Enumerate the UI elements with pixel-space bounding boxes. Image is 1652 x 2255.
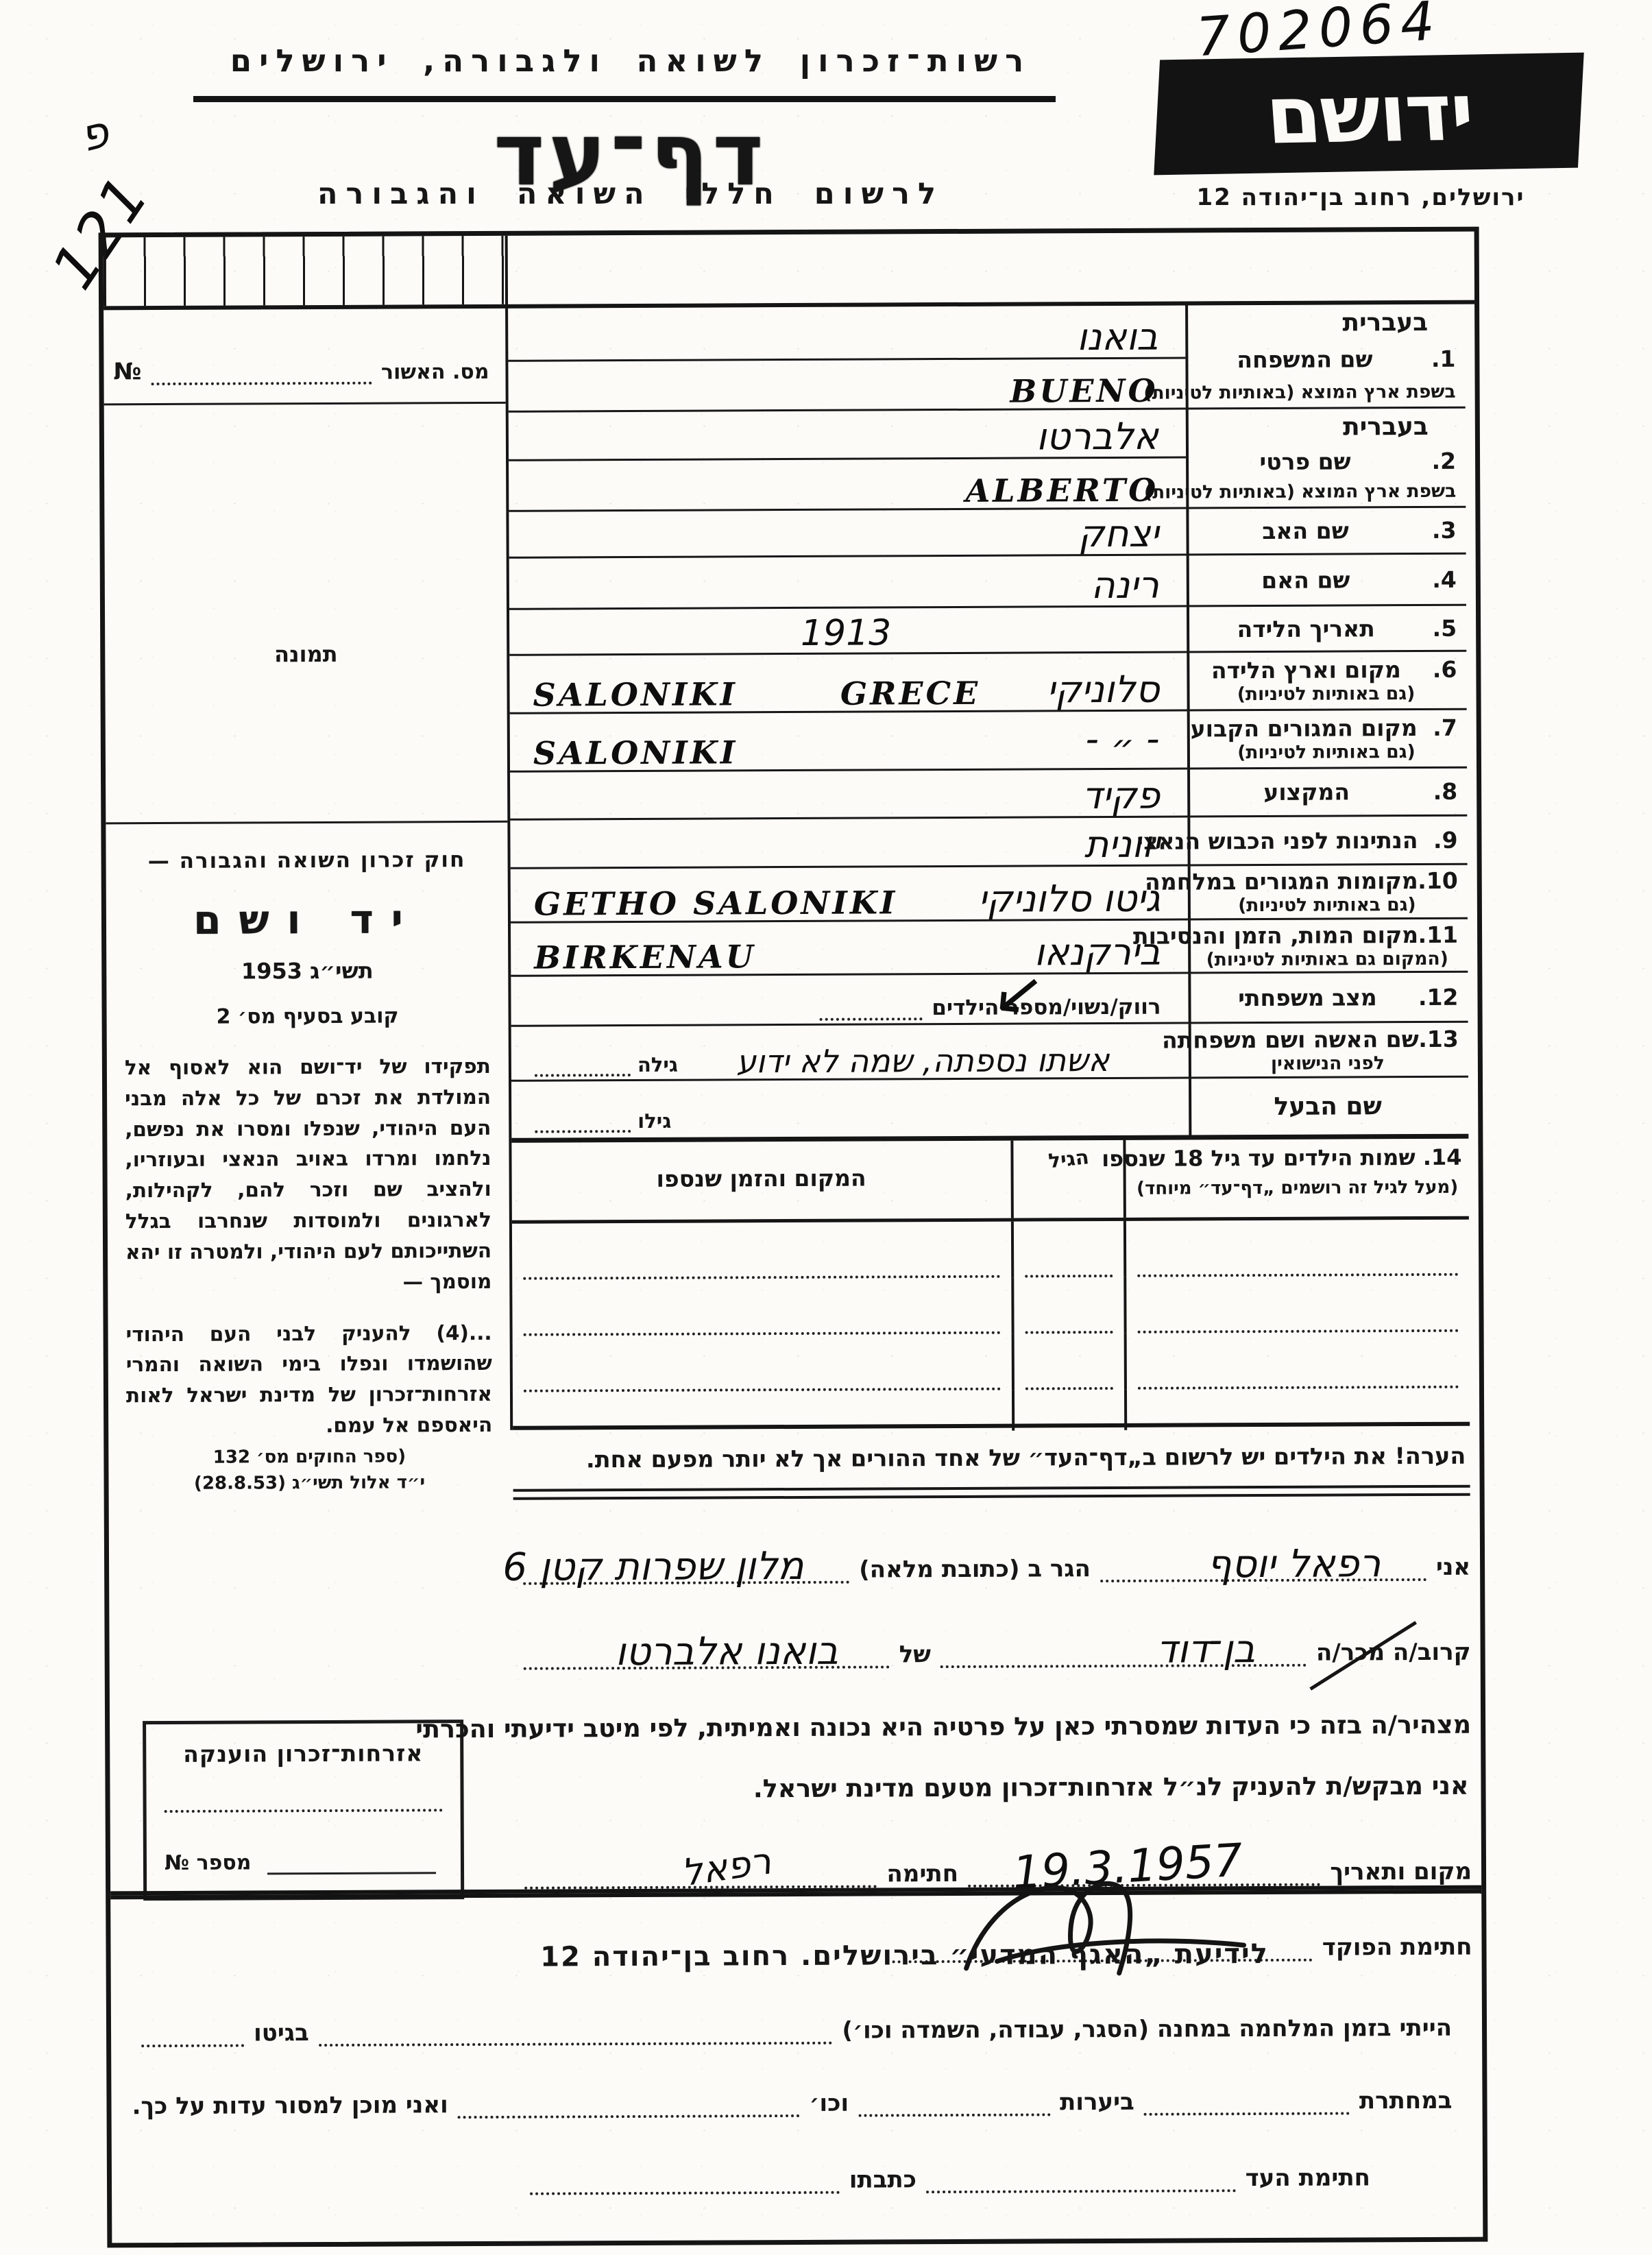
children-note: הערה! את הילדים יש לרשום ב„דף־העד״ של אח… — [513, 1426, 1470, 1489]
children-table-row — [513, 1332, 1470, 1392]
names-cell — [1126, 1276, 1469, 1334]
law-reference-1: (ספר החוקים מס׳ 132 — [126, 1446, 492, 1468]
value-row: בירקנאו BIRKENAU — [511, 920, 1188, 974]
handwritten-ditto-mark: ־ ״ ־ — [1086, 732, 1160, 765]
handwritten-birth-year: 1913 — [533, 616, 1159, 651]
declarant-row: אני רפאל יוסף הגר ב (כתובת מלאה) מלון שפ… — [513, 1547, 1470, 1585]
field-sublabel: (גם באותיות לטיניות) — [1195, 741, 1457, 764]
number-label: מספר — [196, 1850, 251, 1874]
header-cell-names: 14. שמות הילדים עד גיל 18 שנספו (מעל לגי… — [1126, 1139, 1468, 1218]
age-cell — [1011, 1277, 1126, 1334]
place-cell — [512, 1278, 1011, 1336]
children-table: 14. שמות הילדים עד גיל 18 שנספו (מעל לגי… — [511, 1134, 1470, 1430]
field-label-7: 7.מקום המגורים הקבוע (גם באותיות לטיניות… — [1187, 710, 1467, 768]
field-label-12: 12.מצב משפחתי — [1188, 973, 1468, 1022]
declaration-section: הערה! את הילדים יש לרשום ב„דף־העד״ של אח… — [513, 1426, 1472, 1965]
handwritten-wife-note: אשתו נספתה, שמה לא ידוע — [685, 1046, 1161, 1076]
his-age-blank — [535, 1130, 631, 1133]
address-line: מלון שפרות קטן 6 — [523, 1549, 849, 1585]
blank-line — [1025, 1387, 1113, 1390]
field-number: 10. — [1418, 867, 1458, 894]
field-label-2: בעברית 2.שם פרטי בשפת ארץ המוצא (באותיות… — [1186, 409, 1466, 507]
place-date-label: מקום ותאריך — [1330, 1858, 1472, 1886]
witness-signature-blank — [926, 2189, 1236, 2193]
handwritten-birth-place-hebrew: סלוניקי — [1047, 673, 1160, 707]
form-subtitle: לרשום חללי השואה והגבורה — [202, 177, 1059, 211]
field-label-6: 6.מקום וארץ הלידה (גם באותיות לטיניות) — [1187, 652, 1466, 710]
value-row: 1913 — [509, 607, 1187, 653]
approval-label: מס. האשור — [381, 360, 489, 385]
authority-title: רשות־זכרון לשואה ולגבורה, ירושלים — [202, 43, 1059, 79]
acquaintance-word-struck: מכר/ה — [1316, 1639, 1385, 1666]
citizenship-request: אני מבקש/ת להעניק לנ״ל אזרחות־זכרון מטעם… — [514, 1771, 1471, 1805]
place-cell — [512, 1222, 1011, 1280]
hebrew-tag: בעברית — [1194, 413, 1456, 442]
field-row-birth-place: 6.מקום וארץ הלידה (גם באותיות לטיניות) ס… — [509, 652, 1466, 714]
field-label-text: שם הבעל — [1197, 1092, 1459, 1121]
law-clause: ...(4) להעניק לבני העם היהודי שהושמדו ונ… — [126, 1318, 493, 1443]
underground-label: במחתרת — [1359, 2087, 1453, 2115]
i-label: אני — [1436, 1554, 1470, 1581]
field-label-11: 11.מקום המות, הזמן והנסיבות (המקום גם בא… — [1188, 919, 1468, 972]
value-row-hebrew: אלברטו — [509, 409, 1186, 461]
field-number: 11. — [1418, 921, 1458, 948]
field-sublabel: לפני הנישואין — [1197, 1052, 1459, 1074]
value-row: ־ ״ ־ SALONIKI — [510, 711, 1187, 770]
resident-label: הגר ב (כתובת מלאה) — [859, 1555, 1091, 1583]
field-label-text: מקום וארץ הלידה — [1195, 656, 1417, 684]
field-row-wife-name: 13.שם האשה ושם משפחתה לפני הנישואין אשתו… — [511, 1023, 1468, 1082]
field-number: 8. — [1418, 778, 1457, 805]
field-number: 6. — [1417, 656, 1457, 683]
field-row-profession: 8.המקצוע פקיד — [510, 769, 1467, 821]
law-sidebar: חוק זכרון השואה והגבורה — יד ושם תשי״ג 1… — [106, 823, 510, 1494]
handwritten-mother-name: רינה — [1091, 569, 1159, 603]
handwritten-family-name-latin: BUENO — [1010, 376, 1158, 405]
yad-vashem-address: ירושלים, רחוב בן־יהודה 12 — [1138, 184, 1583, 211]
field-row-husband-name: שם הבעל גילו — [511, 1078, 1468, 1138]
approval-blank-line — [151, 382, 372, 385]
value-row: גיטו סלוניקי GETHO SALONIKI — [511, 866, 1188, 921]
children-names-header-sub: (מעל לגיל זה רושמים „דף־עד״ מיוחד) — [1133, 1177, 1462, 1199]
testify-label: ואני מוכן למסור עדות על כך. — [132, 2091, 448, 2120]
ghetto-label: בגיטו — [254, 2019, 309, 2047]
forests-label: ביערות — [1060, 2088, 1134, 2116]
handwritten-declarant-name: רפאל יוסף — [1207, 1547, 1381, 1582]
field-number: 4. — [1417, 566, 1457, 592]
forests-blank — [858, 2113, 1050, 2117]
field-number: 12. — [1418, 983, 1458, 1010]
citizenship-number-line — [267, 1872, 436, 1874]
corner-mark-letter: פ — [77, 112, 113, 158]
handwritten-first-name-hebrew: אלברטו — [1036, 420, 1158, 454]
scanned-testimony-page: פ 121 702064 רשות־זכרון לשואה ולגבורה, י… — [0, 0, 1652, 2255]
age-cell — [1012, 1390, 1127, 1431]
field-label-3: 3.שם האב — [1186, 508, 1466, 554]
yad-vashem-logo-text: ידושם — [1263, 66, 1476, 162]
field-label-10: 10.מקומות המגורים במלחמה (גם באותיות לטי… — [1188, 865, 1468, 919]
age-cell — [1012, 1334, 1127, 1390]
children-count-blank — [819, 1017, 922, 1021]
field-row-first-name: בעברית 2.שם פרטי בשפת ארץ המוצא (באותיות… — [509, 409, 1466, 512]
field-number: 3. — [1416, 517, 1456, 544]
value-row: פקיד — [510, 769, 1187, 818]
value-row: רווק/נשוי/מספר הילדים ↙ — [511, 974, 1188, 1024]
top-band — [104, 232, 1474, 311]
field-label-1: בעברית 1.שם המשפחה בשפת ארץ המוצא (באותי… — [1185, 304, 1466, 408]
memorial-citizenship-box: אזרחות־זכרון הוענקה מספר № — [143, 1720, 464, 1901]
etc-label: וכו׳ — [809, 2090, 849, 2117]
field-sublabel: (גם באותיות לטיניות) — [1195, 683, 1457, 706]
underground-line: במחתרת ביערות וכו׳ ואני מוכן למסור עדות … — [132, 2087, 1452, 2120]
age-cell — [1011, 1221, 1126, 1278]
field-row-place-of-death: 11.מקום המות, הזמן והנסיבות (המקום גם בא… — [511, 919, 1468, 977]
field-sublabel: (המקום גם באותיות לטיניות) — [1196, 948, 1458, 970]
field-row-father-name: 3.שם האב יצחק — [509, 508, 1466, 559]
signature-line: רפאל — [524, 1853, 877, 1889]
citizenship-number-label: מספר № — [165, 1850, 252, 1875]
field-label-text: מקום המגורים הקבוע — [1191, 714, 1418, 742]
field-number: 5. — [1417, 614, 1457, 641]
handwritten-residence-latin: SALONIKI — [533, 738, 738, 768]
relation-row: קרוב/ה מכר/ה בן־דוד של בואנו אלברטו — [514, 1632, 1471, 1670]
field-sublabel: בשפת ארץ המוצא (באותיות לטיניות) — [1194, 381, 1456, 404]
field-values-2: אלברטו ALBERTO — [509, 409, 1187, 509]
field-label-4: 4.שם האם — [1187, 555, 1466, 605]
value-row: רינה — [509, 555, 1187, 607]
scientific-division-title: לידיעת „האגף המדעי״ בירושלים. רחוב בן־יה… — [357, 1938, 1451, 1974]
handwritten-wartime-place-latin: GETHO SALONIKI — [534, 889, 898, 919]
relation-line: בן־דוד — [940, 1632, 1307, 1668]
field-values-1: בואנו BUENO — [508, 305, 1186, 410]
law-reference-2: י״ד אלול תשי״ג (28.8.53) — [126, 1472, 492, 1494]
marital-status-options: רווק/נשוי/מספר הילדים — [932, 995, 1161, 1020]
fields-section: בעברית 1.שם המשפחה בשפת ארץ המוצא (באותי… — [508, 304, 1468, 1138]
her-age-label: גילה — [637, 1053, 678, 1076]
number-cells-strip — [104, 236, 509, 306]
ghetto-blank — [141, 2045, 244, 2048]
citizenship-box-title: אזרחות־זכרון הוענקה — [164, 1739, 442, 1768]
value-row: אשתו נספתה, שמה לא ידוע גילה — [511, 1024, 1189, 1079]
value-row: סלוניקי SALONIKI GRECE — [509, 653, 1187, 712]
value-row-latin: ALBERTO — [509, 458, 1186, 509]
etc-blank — [458, 2114, 800, 2119]
camp-label: הייתי בזמן המלחמה במחנה (הסגר, עבודה, הש… — [842, 2014, 1452, 2045]
underground-blank — [1144, 2112, 1350, 2115]
field-label-9: 9.הנתינות לפני הכבוש הנאצי — [1187, 817, 1467, 865]
camp-line: הייתי בזמן המלחמה במחנה (הסגר, עבודה, הש… — [132, 2014, 1452, 2047]
field-label-text: תאריך הלידה — [1195, 615, 1417, 642]
witness-address-label: כתבתו — [849, 2166, 916, 2193]
form-body: מס. האשור № תמונה חוק זכרון השואה והגבור… — [99, 227, 1488, 2248]
field-number: 2. — [1416, 447, 1456, 474]
handwritten-relation: בן־דוד — [1156, 1632, 1255, 1667]
witness-address-blank — [530, 2191, 840, 2195]
names-cell — [1127, 1388, 1470, 1430]
names-cell — [1126, 1220, 1469, 1277]
field-label-text: מצב משפחתי — [1196, 984, 1418, 1011]
law-section: קובע בסעיף מס׳ 2 — [125, 1004, 491, 1029]
field-row-marital-status: 12.מצב משפחתי רווק/נשוי/מספר הילדים ↙ — [511, 973, 1468, 1027]
numero-sign: № — [165, 1851, 189, 1875]
law-name: יד ושם — [124, 895, 490, 943]
handwritten-signature: רפאל — [679, 1845, 773, 1891]
hebrew-tag: בעברית — [1193, 309, 1455, 338]
field-label-text: שם האשה ושם משפחתה — [1162, 1026, 1419, 1054]
field-label-text: שם האב — [1194, 517, 1416, 544]
handwritten-wartime-place-hebrew: גיטו סלוניקי — [978, 882, 1161, 917]
witness-signature-line: חתימת העד כתבתו — [520, 2164, 1370, 2195]
file-number-handwritten: 702064 — [1195, 0, 1443, 62]
handwritten-death-place-hebrew: בירקנאו — [1034, 936, 1161, 969]
field-sublabel: (גם באותיות לטיניות) — [1196, 894, 1458, 917]
children-names-header: 14. שמות הילדים עד גיל 18 שנספו — [1132, 1144, 1461, 1172]
handwritten-death-place-latin: BIRKENAU — [534, 943, 756, 972]
place-time-header: המקום והזמן שנספו — [511, 1141, 1010, 1193]
citizenship-blank-line — [165, 1809, 443, 1813]
children-table-row — [512, 1276, 1469, 1336]
photo-label: תמונה — [274, 641, 338, 667]
handwritten-address: מלון שפרות קטן 6 — [502, 1549, 803, 1585]
spacer — [678, 1131, 1161, 1133]
witness-signature-label: חתימת העד — [1246, 2164, 1370, 2192]
field-number: 7. — [1418, 714, 1457, 741]
header-rule — [193, 96, 1056, 102]
field-number: 9. — [1418, 826, 1457, 853]
handwritten-father-name: יצחק — [1078, 518, 1159, 551]
numero-sign: № — [113, 358, 141, 385]
field-number: 13. — [1419, 1025, 1459, 1052]
handwritten-victim-name: בואנו אלברטו — [615, 1634, 838, 1669]
field-row-birth-date: 5.תאריך הלידה 1913 — [509, 606, 1466, 656]
law-title: חוק זכרון השואה והגבורה — — [124, 847, 490, 873]
law-year: תשי״ג 1953 — [124, 957, 490, 985]
left-panel: מס. האשור № תמונה חוק זכרון השואה והגבור… — [104, 309, 511, 1494]
field-label-text: שם פרטי — [1194, 448, 1416, 475]
value-row-hebrew: בואנו — [508, 305, 1185, 361]
header-cell-age: הגיל — [1010, 1140, 1126, 1218]
field-sublabel: בשפת ארץ המוצא (באותיות לטיניות) — [1194, 481, 1456, 503]
photo-area: תמונה — [104, 404, 508, 825]
names-cell — [1127, 1332, 1470, 1390]
citizenship-number-row: מספר № — [165, 1850, 443, 1875]
handwritten-nationality: יוונית — [1084, 828, 1161, 862]
age-header: הגיל — [1012, 1135, 1125, 1177]
handwritten-arrow-mark: ↙ — [989, 954, 1048, 1031]
his-age-label: גילו — [637, 1109, 671, 1133]
field-label-13: 13.שם האשה ושם משפחתה לפני הנישואין — [1189, 1023, 1468, 1077]
header-cell-place: המקום והזמן שנספו — [511, 1141, 1010, 1220]
field-label-text: שם המשפחה — [1193, 346, 1416, 373]
field-row-mother-name: 4.שם האם רינה — [509, 555, 1466, 610]
law-text: תפקידו של יד־ושם הוא לאסוף אל המולדת את … — [125, 1051, 492, 1299]
of-label: של — [899, 1641, 932, 1668]
field-label-text: המקצוע — [1195, 778, 1418, 806]
handwritten-family-name-hebrew: בואנו — [1077, 321, 1158, 354]
value-row: גילו — [511, 1078, 1189, 1135]
field-label-8: 8.המקצוע — [1187, 769, 1467, 816]
field-label-5: 5.תאריך הלידה — [1187, 606, 1466, 651]
handwritten-profession: פקיד — [1082, 780, 1161, 813]
handwritten-birth-place-latin: SALONIKI GRECE — [533, 679, 980, 709]
signature-label: חתימה — [886, 1860, 958, 1888]
field-label-husband: שם הבעל — [1189, 1078, 1468, 1135]
children-table-row — [512, 1220, 1469, 1280]
place-cell — [513, 1334, 1012, 1392]
children-table-header: 14. שמות הילדים עד גיל 18 שנספו (מעל לגי… — [511, 1139, 1469, 1224]
place-cell — [513, 1390, 1012, 1433]
field-row-residence: 7.מקום המגורים הקבוע (גם באותיות לטיניות… — [510, 710, 1467, 773]
scientific-division-section: לידיעת „האגף המדעי״ בירושלים. רחוב בן־יה… — [110, 1902, 1473, 2197]
yad-vashem-logo: ידושם — [1154, 53, 1583, 176]
field-label-text: שם האם — [1195, 566, 1417, 594]
field-row-family-name: בעברית 1.שם המשפחה בשפת ארץ המוצא (באותי… — [508, 304, 1466, 413]
declarant-name-line: רפאל יוסף — [1100, 1547, 1426, 1582]
value-row-latin: BUENO — [508, 359, 1185, 410]
relative-label: קרוב/ה מכר/ה — [1316, 1639, 1471, 1667]
field-row-wartime-residence: 10.מקומות המגורים במלחמה (גם באותיות לטי… — [511, 865, 1468, 924]
declaration-statement: מצהיר/ה בזה כי העדות שמסרתי כאן על פרטיה… — [514, 1710, 1471, 1744]
field-row-nationality: 9.הנתינות לפני הכבוש הנאצי יוונית — [510, 817, 1467, 869]
her-age-blank — [535, 1074, 631, 1077]
victim-name-line: בואנו אלברטו — [524, 1634, 890, 1669]
field-number: 1. — [1416, 346, 1455, 372]
relative-word: קרוב/ה — [1393, 1639, 1471, 1666]
approval-number-row: מס. האשור № — [104, 309, 506, 406]
value-row: יצחק — [509, 509, 1186, 556]
value-row: יוונית — [510, 817, 1187, 867]
handwritten-first-name-latin: ALBERTO — [965, 476, 1158, 505]
camp-blank — [319, 2042, 833, 2047]
